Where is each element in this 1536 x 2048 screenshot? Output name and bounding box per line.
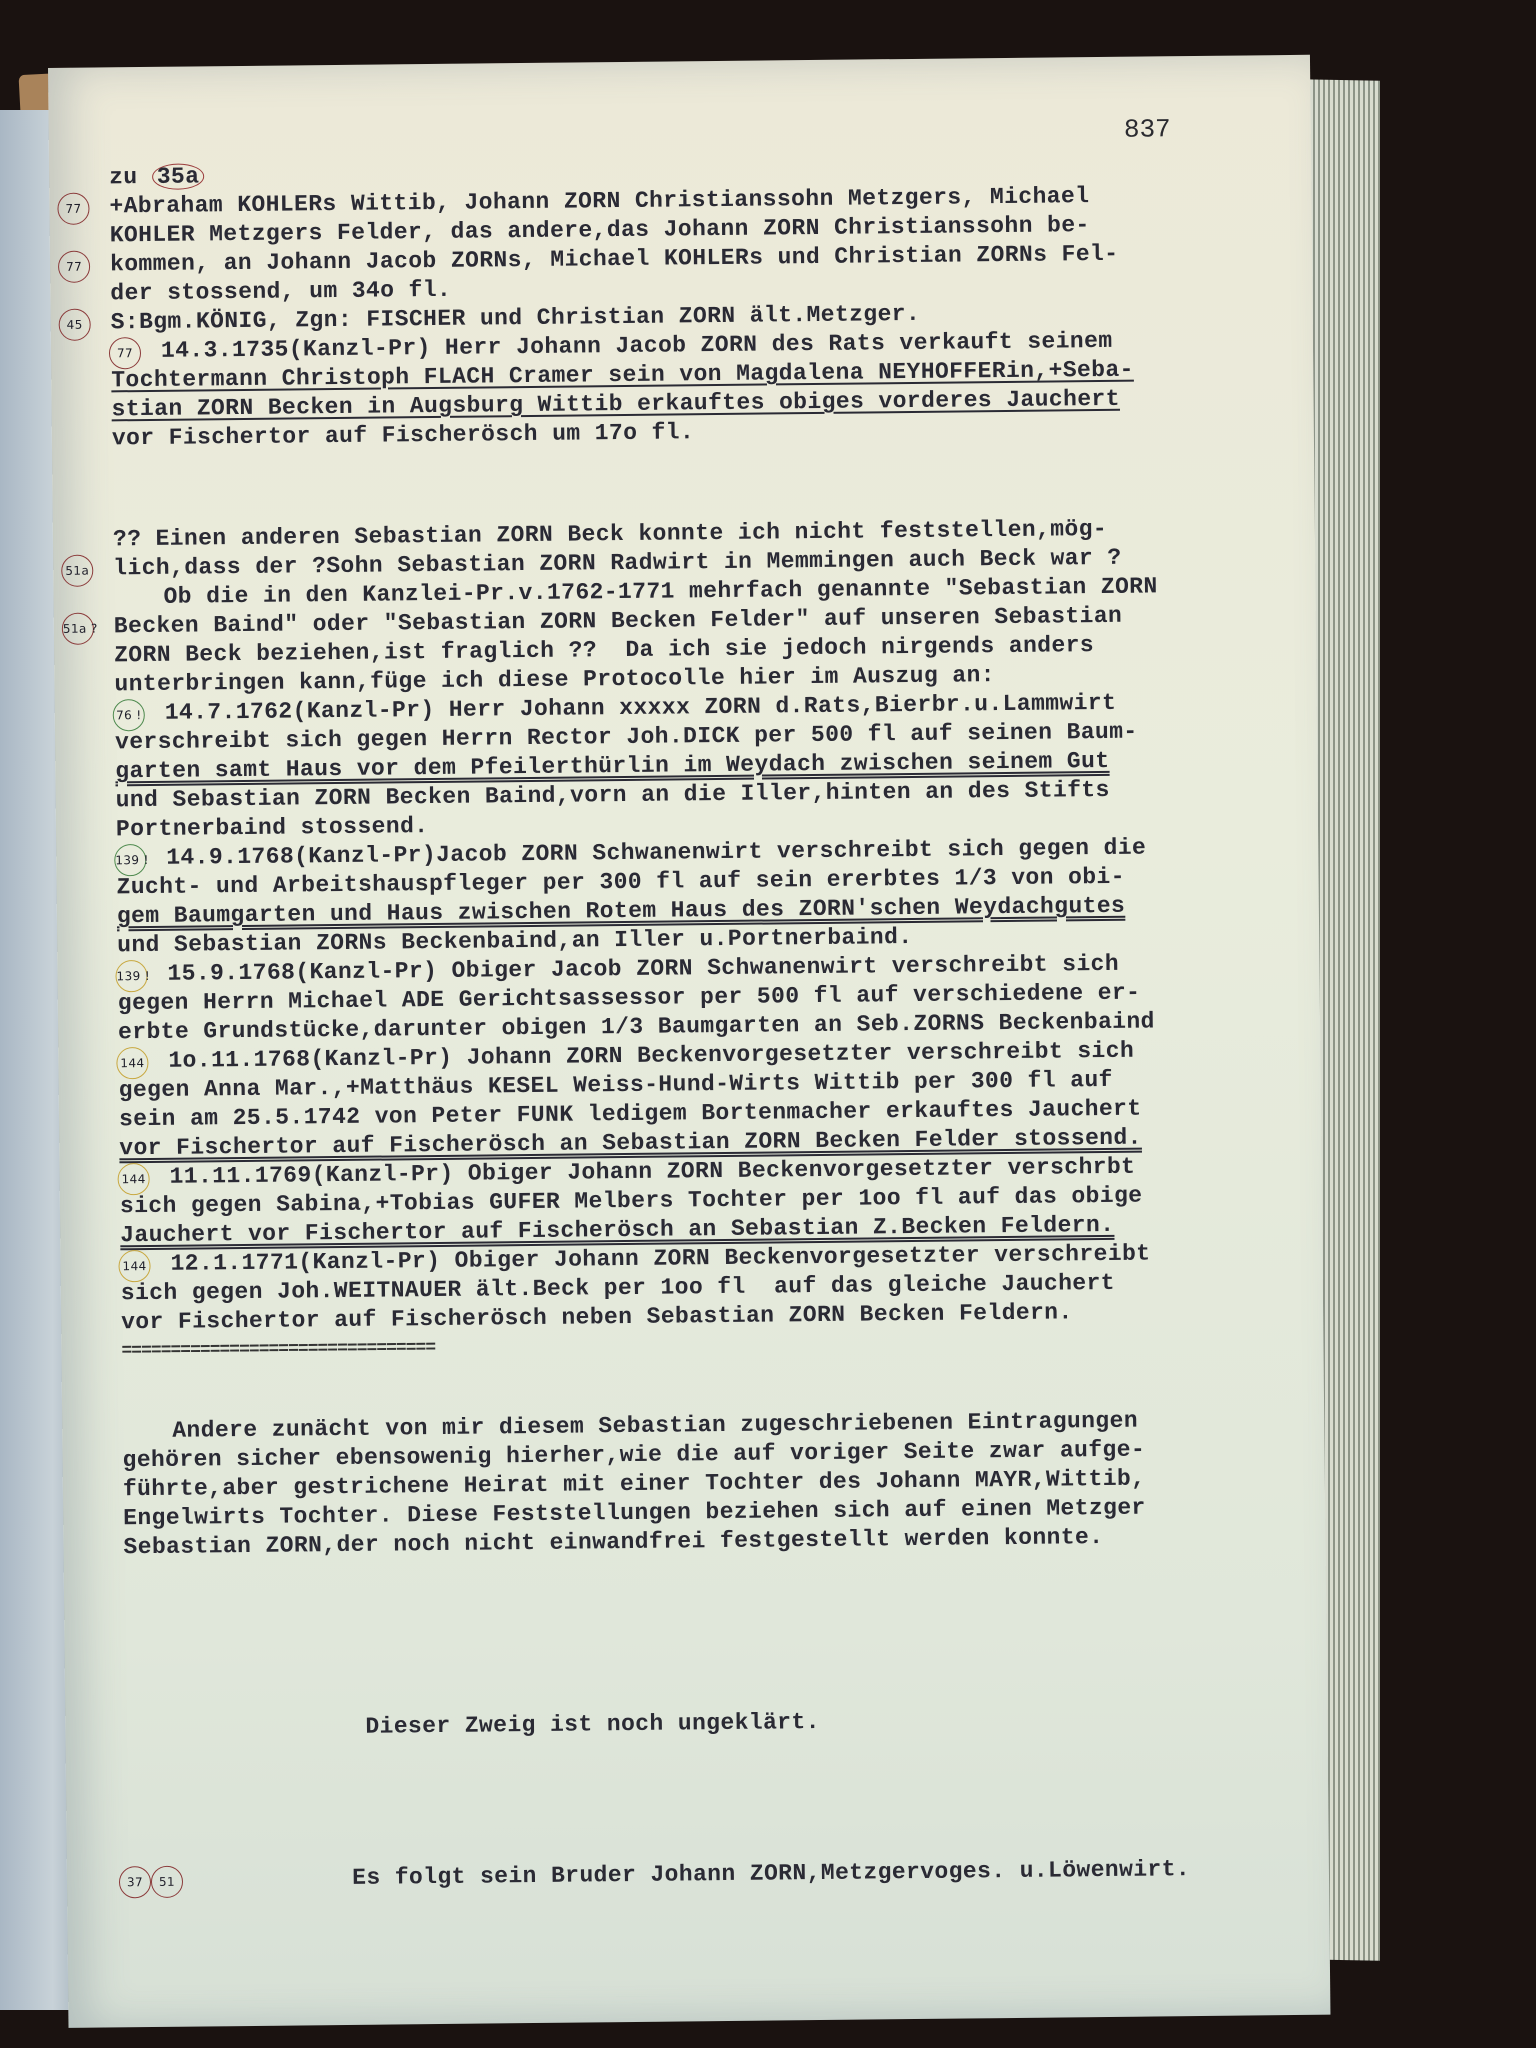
- ref-number-circle: 35a: [152, 163, 205, 190]
- conclusion-text: Dieser Zweig ist noch ungeklärt.: [365, 1703, 1287, 1742]
- margin-note: 45: [59, 309, 91, 341]
- page-number: 837: [1124, 114, 1171, 144]
- margin-note: 77: [58, 251, 90, 283]
- margin-note: 144: [118, 1250, 150, 1282]
- margin-note: 76 !: [113, 699, 145, 731]
- section-3: Andere zunächt von mir diesem Sebastian …: [122, 1405, 1285, 1562]
- margin-note: 51a: [61, 555, 93, 587]
- footer-line: 3751Es folgt sein Bruder Johann ZORN,Met…: [127, 1825, 1290, 1924]
- conclusion: Dieser Zweig ist noch ungeklärt.: [365, 1703, 1287, 1742]
- margin-note: 144: [117, 1163, 149, 1195]
- section-2: ?? Einen anderen Sebastian ZORN Beck kon…: [113, 513, 1284, 1366]
- margin-note: 144: [116, 1047, 148, 1079]
- section-1: zu 35a 77+Abraham KOHLERs Wittib, Johann…: [109, 151, 1274, 453]
- margin-note: 77: [57, 193, 89, 225]
- footer: 3751Es folgt sein Bruder Johann ZORN,Met…: [127, 1825, 1290, 1924]
- footer-ref-51: 51: [151, 1866, 183, 1898]
- margin-note: 51a ?: [62, 613, 94, 645]
- margin-note: 77: [109, 337, 141, 369]
- margin-note: 139 !: [114, 844, 146, 876]
- document-page: 837 zu 35a 77+Abraham KOHLERs Wittib, Jo…: [48, 55, 1330, 2028]
- margin-note: 139 !: [115, 960, 147, 992]
- footer-text: Es folgt sein Bruder Johann ZORN,Metzger…: [212, 1856, 1190, 1892]
- footer-ref-37: 37: [119, 1866, 151, 1898]
